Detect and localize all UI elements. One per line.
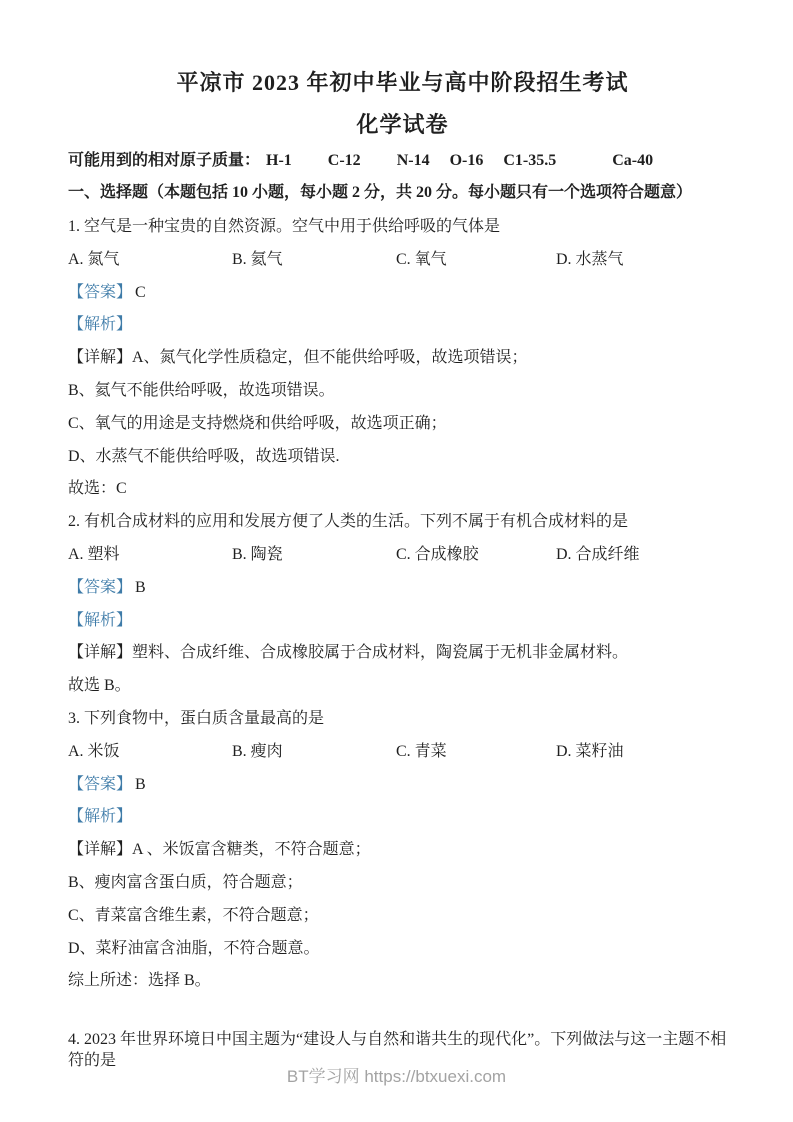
conclusion-line: 故选：C [68,478,737,499]
blank-gap [68,1003,737,1029]
atomic-mass-item: Ca-40 [612,152,653,169]
conclusion-line: 综上所述：选择 B。 [68,970,737,991]
detail-line: C、氧气的用途是支持燃烧和供给呼吸，故选项正确； [68,413,737,434]
analysis-label: 【解析】 [68,808,132,825]
option-a: A. 米饭 [68,741,232,762]
atomic-mass-item: H-1 [266,152,292,169]
detail-line: B、瘦肉富含蛋白质，符合题意； [68,872,737,893]
option-c: C. 氧气 [396,249,556,270]
detail-line: D、水蒸气不能供给呼吸，故选项错误. [68,446,737,467]
options-row: A. 塑料 B. 陶瓷 C. 合成橡胶 D. 合成纤维 [68,544,737,565]
options-row: A. 米饭 B. 瘦肉 C. 青菜 D. 菜籽油 [68,741,737,762]
option-d: D. 菜籽油 [556,741,737,762]
answer-value: B [135,776,146,793]
detail-line: 【详解】A 、米饭富含糖类，不符合题意； [68,839,737,860]
conclusion-line: 故选 B。 [68,675,737,696]
detail-line: D、菜籽油富含油脂，不符合题意。 [68,938,737,959]
analysis-label: 【解析】 [68,316,132,333]
detail-line: B、氦气不能供给呼吸，故选项错误。 [68,380,737,401]
question-stem: 2. 有机合成材料的应用和发展方便了人类的生活。下列不属于有机合成材料的是 [68,511,737,532]
detail-line: C、青菜富含维生素，不符合题意； [68,905,737,926]
option-b: B. 氦气 [232,249,396,270]
option-c: C. 合成橡胶 [396,544,556,565]
analysis-line: 【解析】 [68,314,737,335]
option-b: B. 瘦肉 [232,741,396,762]
answer-value: C [135,284,146,301]
atomic-mass-item: C-12 [328,152,361,169]
answer-line: 【答案】C [68,282,737,303]
exam-document: 平凉市 2023 年初中毕业与高中阶段招生考试 化学试卷 可能用到的相对原子质量… [0,0,793,1071]
section-heading: 一、选择题（本题包括 10 小题，每小题 2 分，共 20 分。每小题只有一个选… [68,182,737,203]
answer-label: 【答案】 [68,284,132,301]
question-2: 2. 有机合成材料的应用和发展方便了人类的生活。下列不属于有机合成材料的是 A.… [68,511,737,696]
atomic-mass-item: O-16 [450,152,484,169]
atomic-mass-line: 可能用到的相对原子质量：H-1C-12N-14O-16C1-35.5Ca-40 [68,150,737,171]
atomic-mass-label: 可能用到的相对原子质量： [68,152,260,169]
watermark-text: BT学习网 https://btxuexi.com [287,1067,506,1086]
option-b: B. 陶瓷 [232,544,396,565]
exam-subtitle: 化学试卷 [68,112,737,138]
watermark-footer: BT学习网 https://btxuexi.com [0,1062,793,1087]
question-stem: 1. 空气是一种宝贵的自然资源。空气中用于供给呼吸的气体是 [68,216,737,237]
analysis-line: 【解析】 [68,806,737,827]
option-d: D. 水蒸气 [556,249,737,270]
answer-line: 【答案】B [68,774,737,795]
atomic-mass-item: N-14 [397,152,430,169]
option-a: A. 塑料 [68,544,232,565]
options-row: A. 氮气 B. 氦气 C. 氧气 D. 水蒸气 [68,249,737,270]
option-d: D. 合成纤维 [556,544,737,565]
analysis-label: 【解析】 [68,612,132,629]
answer-label: 【答案】 [68,776,132,793]
detail-line: 【详解】A、氮气化学性质稳定，但不能供给呼吸，故选项错误； [68,347,737,368]
analysis-line: 【解析】 [68,610,737,631]
atomic-mass-item: C1-35.5 [503,152,556,169]
question-1: 1. 空气是一种宝贵的自然资源。空气中用于供给呼吸的气体是 A. 氮气 B. 氦… [68,216,737,499]
option-c: C. 青菜 [396,741,556,762]
detail-line: 【详解】塑料、合成纤维、合成橡胶属于合成材料，陶瓷属于无机非金属材料。 [68,642,737,663]
question-3: 3. 下列食物中，蛋白质含量最高的是 A. 米饭 B. 瘦肉 C. 青菜 D. … [68,708,737,991]
option-a: A. 氮气 [68,249,232,270]
exam-title: 平凉市 2023 年初中毕业与高中阶段招生考试 [68,70,737,96]
answer-label: 【答案】 [68,579,132,596]
answer-line: 【答案】B [68,577,737,598]
question-stem: 3. 下列食物中，蛋白质含量最高的是 [68,708,737,729]
answer-value: B [135,579,146,596]
